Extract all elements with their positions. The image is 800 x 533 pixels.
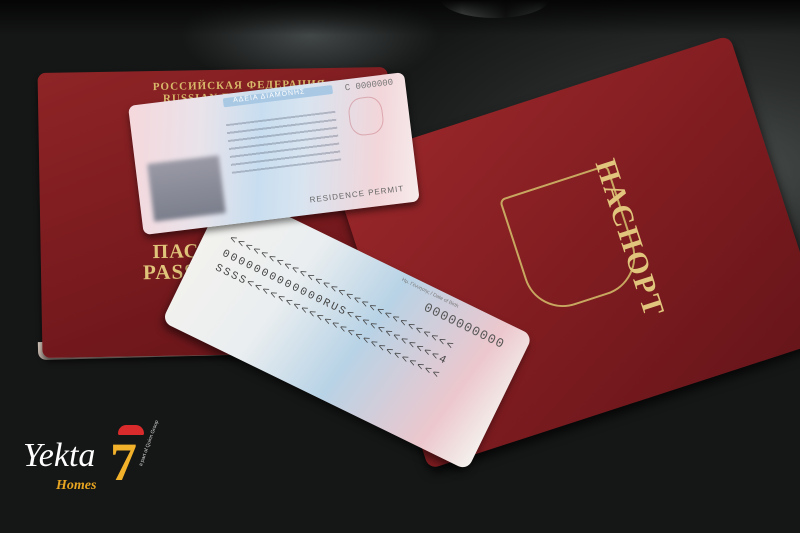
blurred-personal-data: [226, 111, 341, 174]
logo-sub: Homes: [56, 478, 96, 494]
yekta-homes-logo: Yekta 7 Homes a part of Quinn Group: [18, 425, 158, 515]
logo-brand: Yekta: [23, 437, 95, 475]
card-number: C 0000000: [344, 78, 393, 94]
emblem-icon: [347, 95, 385, 137]
logo-numeral: 7: [110, 431, 137, 493]
photo-scene: РОССИЙСКАЯ ФЕДЕРАЦИЯ RUSSIAN FEDERATION …: [0, 0, 800, 533]
blurred-photo: [147, 155, 226, 221]
residence-permit-caption: RESIDENCE PERMIT: [309, 184, 405, 205]
shadow-top: [0, 0, 800, 35]
